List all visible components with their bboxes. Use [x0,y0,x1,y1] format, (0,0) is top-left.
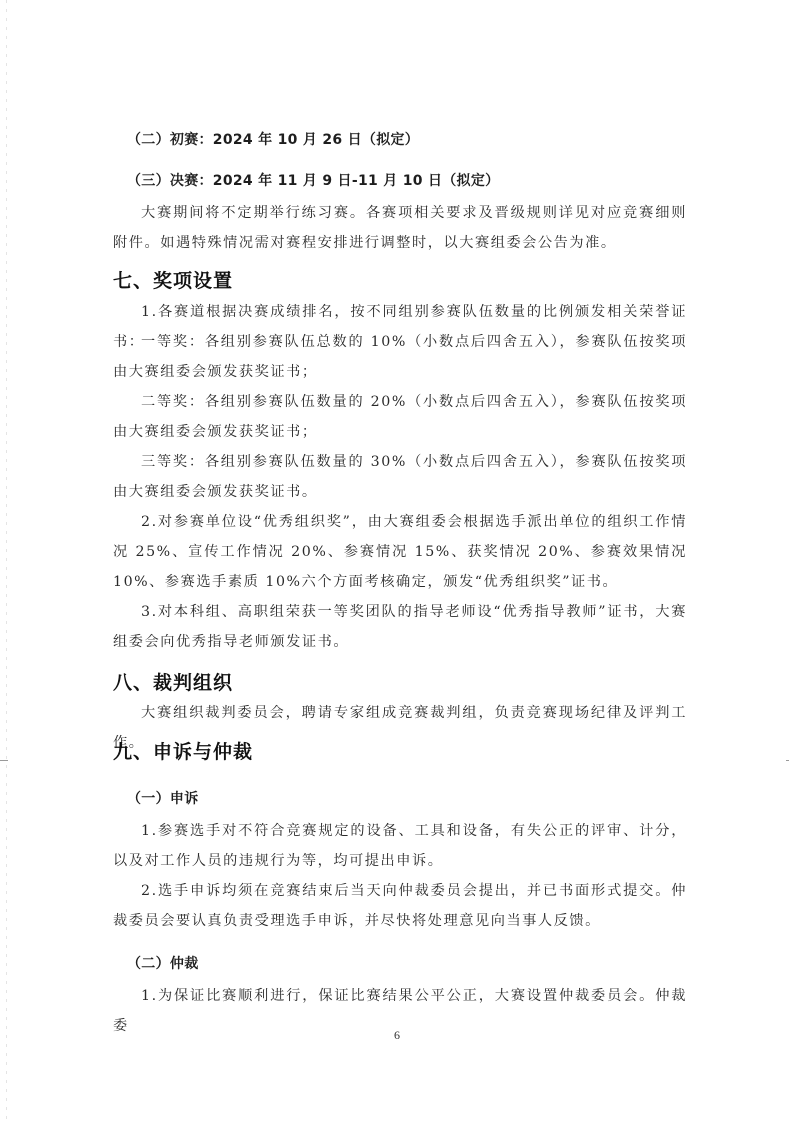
section-9-sub-2-title: （二）仲裁 [113,953,701,973]
schedule-preliminary: （二）初赛：2024 年 10 月 26 日（拟定） [113,129,701,149]
section-9-sub-1-para-2: 2.选手申诉均须在竞赛结束后当天向仲裁委员会提出，并已书面形式提交。仲裁委员会要… [113,876,687,936]
document-page: （二）初赛：2024 年 10 月 26 日（拟定） （三）决赛：2024 年 … [0,0,794,1123]
page-number: 6 [0,1028,794,1043]
section-9-sub-1-title: （一）申诉 [113,788,701,808]
scan-edge-left [6,0,7,1123]
section-9-sub-1-para-1: 1.参赛选手对不符合竞赛规定的设备、工具和设备，有失公正的评审、计分，以及对工作… [113,816,687,876]
section-8-title: 八、裁判组织 [113,668,687,695]
section-9-title: 九、申诉与仲裁 [113,737,687,764]
section-7-title: 七、奖项设置 [113,266,687,293]
schedule-note: 大赛期间将不定期举行练习赛。各赛项相关要求及晋级规则详见对应竞赛细则附件。如遇特… [113,198,687,258]
section-7-third-prize: 三等奖：各组别参赛队伍数量的 30%（小数点后四舍五入），参赛队伍按奖项由大赛组… [113,447,687,507]
schedule-final: （三）决赛：2024 年 11 月 9 日-11 月 10 日（拟定） [113,170,701,190]
binding-mark-left [0,760,8,761]
section-7-para-3: 3.对本科组、高职组荣获一等奖团队的指导老师设“优秀指导教师”证书，大赛组委会向… [113,597,687,657]
section-7-para-2: 2.对参赛单位设“优秀组织奖”，由大赛组委会根据选手派出单位的组织工作情况 25… [113,507,687,597]
section-7-first-prize: 一等奖：各组别参赛队伍总数的 10%（小数点后四舍五入），参赛队伍按奖项由大赛组… [113,327,687,387]
binding-mark-right [786,760,789,761]
section-7-second-prize: 二等奖：各组别参赛队伍数量的 20%（小数点后四舍五入），参赛队伍按奖项由大赛组… [113,387,687,447]
